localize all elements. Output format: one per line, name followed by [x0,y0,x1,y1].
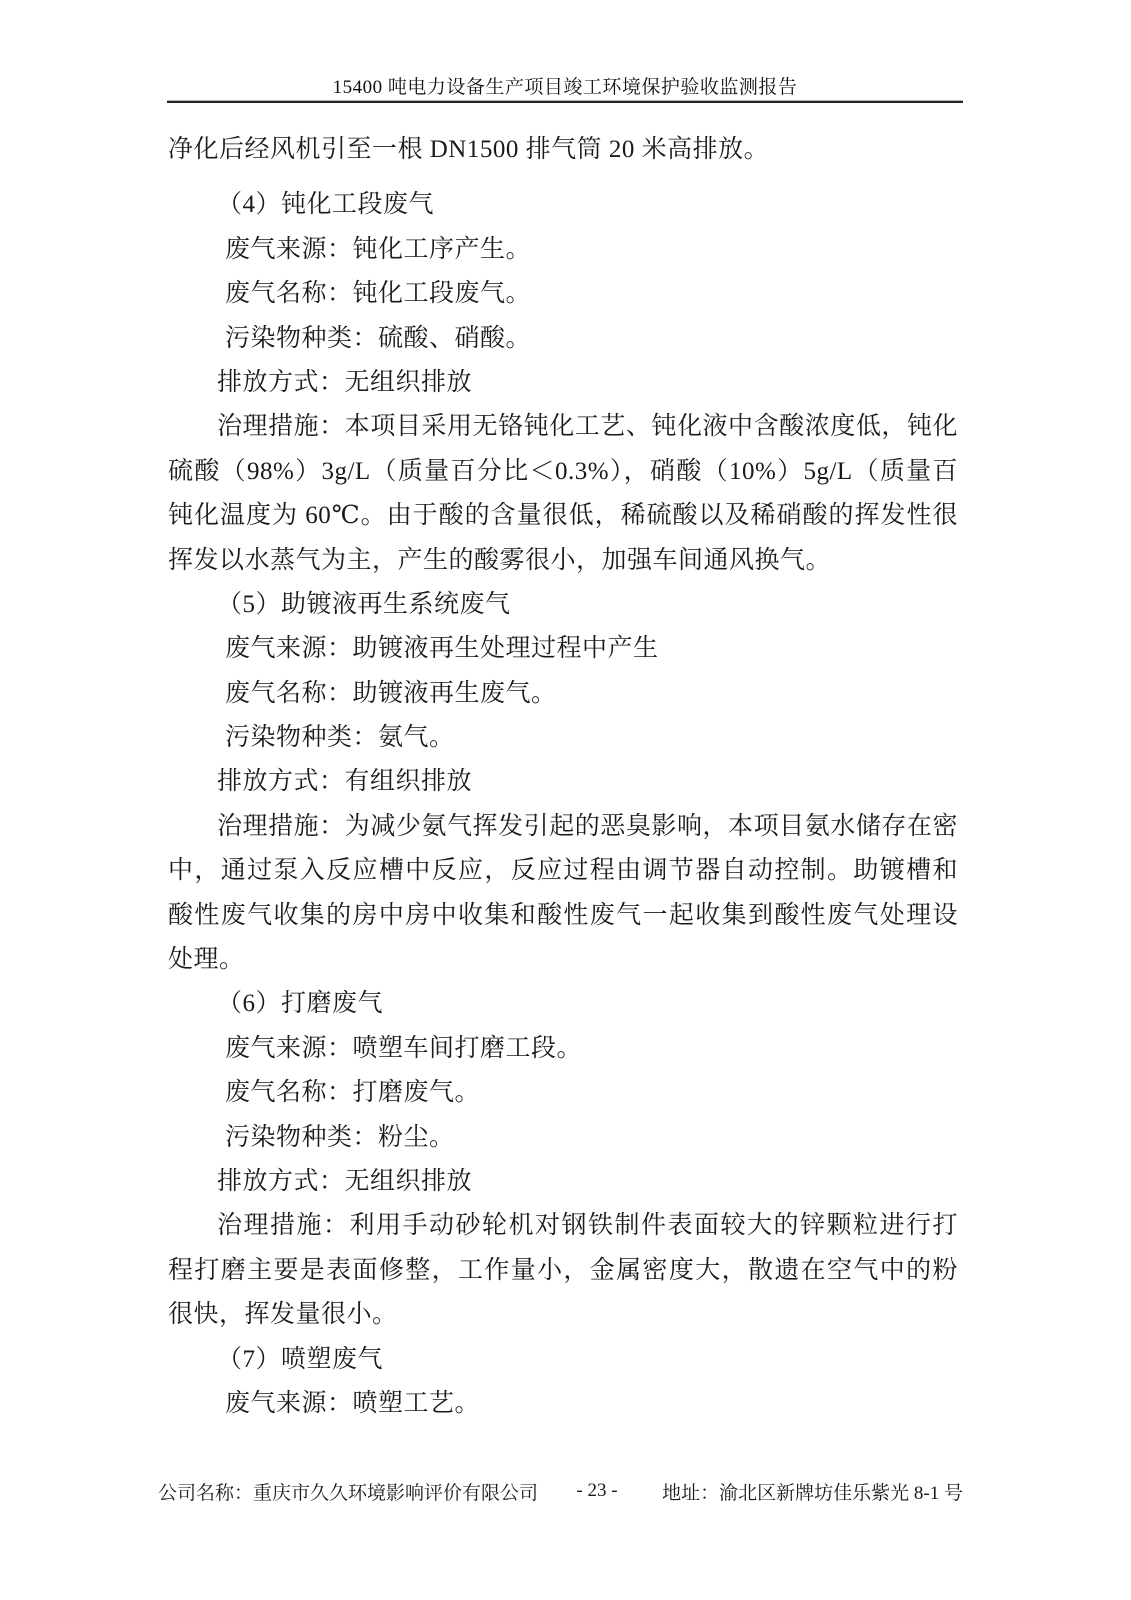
body-line: （5）助镀液再生系统废气 [168,583,958,627]
footer-company-name: 公司名称：重庆市久久环境影响评价有限公司 [158,1478,538,1505]
body-line: 很快，挥发量很小。 [168,1293,958,1337]
document-body: 净化后经风机引至一根 DN1500 排气筒 20 米高排放。（4）钝化工段废气废… [168,128,958,1426]
page-footer: 公司名称：重庆市久久环境影响评价有限公司 - 23 - 地址：渝北区新牌坊佳乐紫… [0,1478,1131,1508]
body-line: 排放方式：有组织排放 [168,760,958,804]
body-line: 钝化温度为 60℃。由于酸的含量很低，稀硫酸以及稀硝酸的挥发性很小，槽体 [168,494,958,538]
body-line: 废气来源：助镀液再生处理过程中产生 [168,627,958,671]
body-line: 中，通过泵入反应槽中反应，反应过程由调节器自动控制。助镀槽和酸洗槽都在 [168,849,958,893]
body-line: （4）钝化工段废气 [168,183,958,227]
body-line: 治理措施：利用手动砂轮机对钢铁制件表面较大的锌颗粒进行打磨，此过 [168,1204,958,1248]
body-line: （6）打磨废气 [168,982,958,1026]
body-line: 排放方式：无组织排放 [168,1160,958,1204]
footer-page-number: - 23 - [576,1480,617,1502]
footer-address: 地址：渝北区新牌坊佳乐紫光 8-1 号 [662,1478,963,1505]
body-line: 废气名称：钝化工段废气。 [168,272,958,316]
body-line: 污染物种类：硫酸、硝酸。 [168,317,958,361]
body-line: 废气名称：打磨废气。 [168,1071,958,1115]
body-line: 污染物种类：粉尘。 [168,1116,958,1160]
body-line: 污染物种类：氨气。 [168,716,958,760]
body-line: 治理措施：为减少氨气挥发引起的恶臭影响，本项目氨水储存在密闭的容器 [168,805,958,849]
body-line: 废气来源：喷塑工艺。 [168,1382,958,1426]
body-line: 废气名称：助镀液再生废气。 [168,672,958,716]
body-line: 排放方式：无组织排放 [168,361,958,405]
body-line: 处理。 [168,938,958,982]
body-line: 程打磨主要是表面修整，工作量小，金属密度大，散遗在空气中的粉尘沉降速度 [168,1249,958,1293]
body-line: 治理措施：本项目采用无铬钝化工艺、钝化液中含酸浓度低，钝化液组份中： [168,405,958,449]
body-line: 废气来源：喷塑车间打磨工段。 [168,1027,958,1071]
body-line: 净化后经风机引至一根 DN1500 排气筒 20 米高排放。 [168,128,958,172]
body-line: 酸性废气收集的房中房中收集和酸性废气一起收集到酸性废气处理设施中进行 [168,894,958,938]
header-rule [167,100,963,103]
page-header-title: 15400 吨电力设备生产项目竣工环境保护验收监测报告 [167,72,963,99]
body-line: 硫酸（98%）3g/L（质量百分比＜0.3%），硝酸（10%）5g/L（质量百分… [168,450,958,494]
body-line: 废气来源：钝化工序产生。 [168,228,958,272]
body-line: 挥发以水蒸气为主，产生的酸雾很小，加强车间通风换气。 [168,539,958,583]
document-page: 15400 吨电力设备生产项目竣工环境保护验收监测报告 净化后经风机引至一根 D… [0,0,1131,1600]
body-line: （7）喷塑废气 [168,1338,958,1382]
